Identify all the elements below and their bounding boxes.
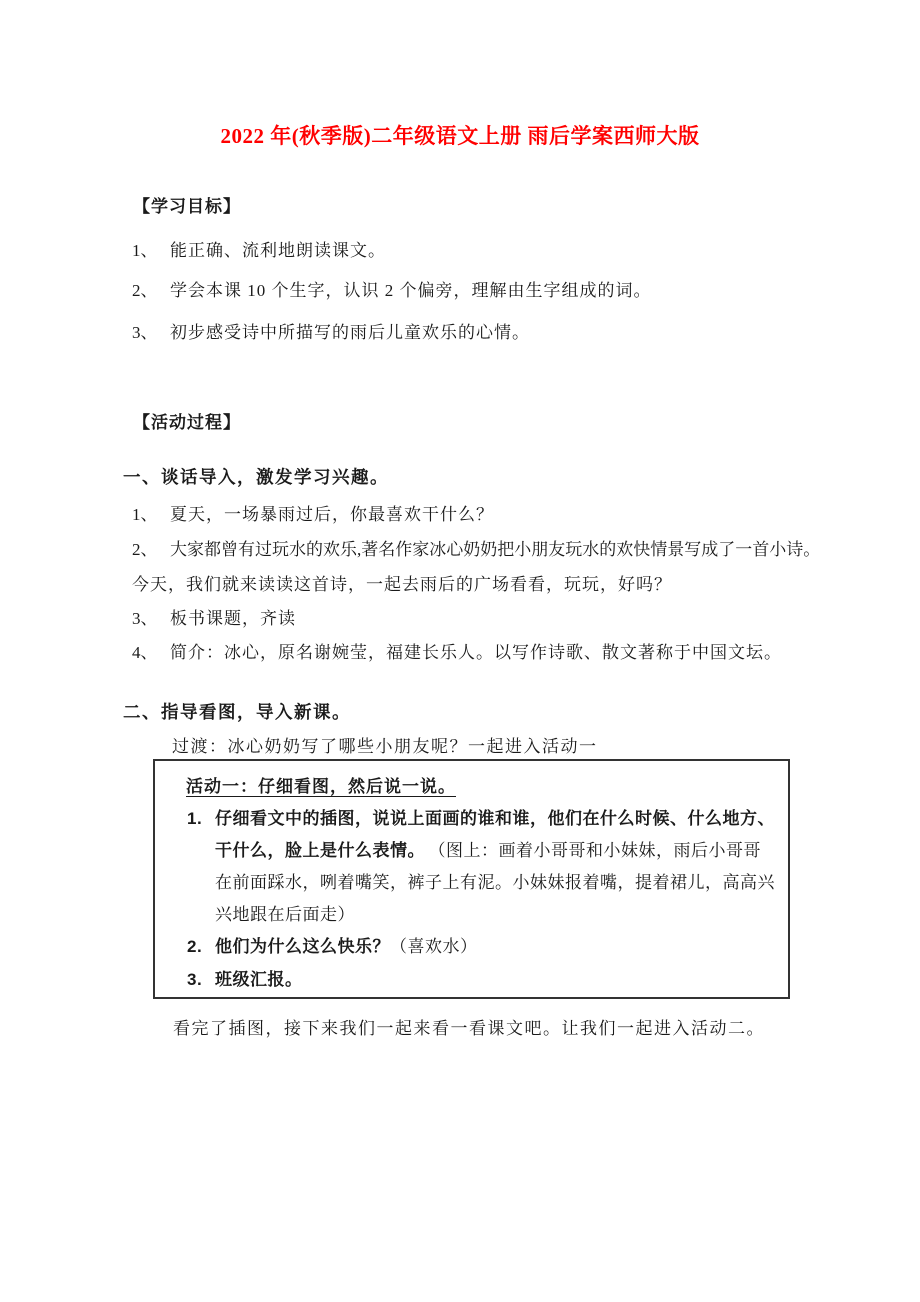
goal-item-2-text: 学会本课 10 个生字，认识 2 个偏旁，理解由生字组成的词。 [170,281,652,300]
section1-line-1-text: 夏天，一场暴雨过后，你最喜欢干什么？ [170,505,494,524]
goal-item-2-number: 2、 [132,276,170,301]
goal-item-1: 1、能正确、流利地朗读课文。 [132,236,386,261]
section1-heading: 一、谈话导入，激发学习兴趣。 [123,464,389,489]
section1-line-4-text: 简介：冰心，原名谢婉莹，福建长乐人。以写作诗歌、散文著称于中国文坛。 [170,643,782,662]
section1-line-2-number: 2、 [132,535,170,560]
activity-item-3: 3.班级汇报。 [155,964,788,996]
goal-item-3-text: 初步感受诗中所描写的雨后儿童欢乐的心情。 [170,323,530,342]
activity-item-1: 1.仔细看文中的插图，说说上面画的谁和谁，他们在什么时候、什么地方、干什么，脸上… [155,803,788,931]
section1-line-4-number: 4、 [132,638,170,663]
section1-line-4: 4、简介：冰心，原名谢婉莹，福建长乐人。以写作诗歌、散文著称于中国文坛。 [132,638,782,663]
goal-item-3: 3、初步感受诗中所描写的雨后儿童欢乐的心情。 [132,318,530,343]
section1-line-2: 2、大家都曾有过玩水的欢乐,著名作家冰心奶奶把小朋友玩水的欢快情景写成了一首小诗… [132,535,820,560]
goal-item-3-number: 3、 [132,318,170,343]
section1-line-2-text: 大家都曾有过玩水的欢乐,著名作家冰心奶奶把小朋友玩水的欢快情景写成了一首小诗。 [170,540,820,559]
activity-item-1-number: 1. [187,803,202,835]
activity-item-2: 2.他们为什么这么快乐？（喜欢水） [155,931,788,963]
document-title: 2022 年(秋季版)二年级语文上册 雨后学案西师大版 [0,120,920,150]
process-heading: 【活动过程】 [133,408,241,433]
goal-item-2: 2、学会本课 10 个生字，认识 2 个偏旁，理解由生字组成的词。 [132,276,652,301]
activity-item-2-number: 2. [187,931,202,963]
activity-item-2-answer: （喜欢水） [390,937,478,956]
closing-line: 看完了插图，接下来我们一起来看一看课文吧。让我们一起进入活动二。 [173,1014,765,1039]
section1-line-1-number: 1、 [132,500,170,525]
section1-line-3-text: 板书课题，齐读 [170,609,296,628]
activity-one-box: 活动一：仔细看图，然后说一说。 1.仔细看文中的插图，说说上面画的谁和谁，他们在… [153,759,790,999]
section1-line-1: 1、夏天，一场暴雨过后，你最喜欢干什么？ [132,500,494,525]
activity-item-3-number: 3. [187,964,202,996]
activity-one-title: 活动一：仔细看图，然后说一说。 [186,772,456,797]
section1-line-2-cont-text: 今天，我们就来读读这首诗，一起去雨后的广场看看，玩玩，好吗？ [132,575,672,594]
activity-item-3-question: 班级汇报。 [215,970,303,989]
goal-item-1-text: 能正确、流利地朗读课文。 [170,241,386,260]
section1-line-2-cont: 今天，我们就来读读这首诗，一起去雨后的广场看看，玩玩，好吗？ [132,570,672,595]
activity-item-2-question: 他们为什么这么快乐？ [215,937,390,956]
goals-heading: 【学习目标】 [133,192,241,217]
section1-line-3: 3、板书课题，齐读 [132,604,296,629]
section1-line-3-number: 3、 [132,604,170,629]
section2-heading: 二、指导看图，导入新课。 [123,699,351,724]
document-page: 2022 年(秋季版)二年级语文上册 雨后学案西师大版 【学习目标】 1、能正确… [0,0,920,1302]
goal-item-1-number: 1、 [132,236,170,261]
section2-transition: 过渡：冰心奶奶写了哪些小朋友呢？一起进入活动一 [172,732,598,757]
